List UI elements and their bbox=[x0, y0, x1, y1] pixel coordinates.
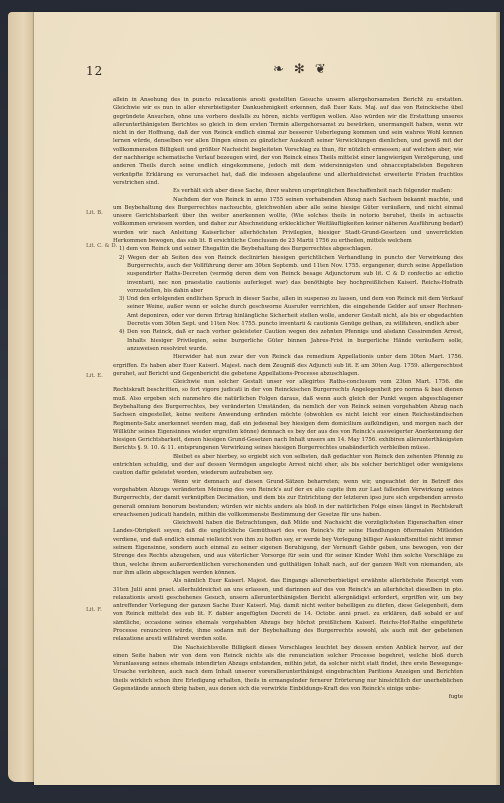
paragraph: Gleichwie nun solcher Gestalt unser vor … bbox=[113, 378, 463, 453]
margin-note-lit-b: Lit. B. bbox=[86, 210, 103, 216]
margin-note-lit-e: Lit. E. bbox=[86, 373, 103, 379]
body-text: allein in Ansehung des in puncto relaxat… bbox=[113, 96, 463, 702]
page-gutter bbox=[496, 12, 500, 785]
list-item: 1) dem von Reinck und seiner Ehegattin d… bbox=[113, 245, 463, 253]
paragraph: Wenn wir demnach auf diesen Grund-Sätzen… bbox=[113, 478, 463, 519]
margin-note-lit-f: Lit. F. bbox=[86, 607, 102, 613]
list-item: 4) Den von Reinck, daß er nach vorher ge… bbox=[113, 328, 463, 353]
list-item: 2) Wegen der ab Seiten des von Reinck de… bbox=[113, 254, 463, 295]
paragraph: Gleichwohl haben die Betrachtungen, daß … bbox=[113, 519, 463, 577]
paragraph: Die Nachsichtsvolle Billigkeit dieses Vo… bbox=[113, 644, 463, 694]
paragraph: allein in Ansehung des in puncto relaxat… bbox=[113, 96, 463, 187]
header-ornament: ❧ ✻ ❦ bbox=[273, 62, 326, 77]
paragraph: Nachdem der von Reinck in anno 1755 sein… bbox=[113, 196, 463, 246]
catchword: fugte bbox=[113, 693, 463, 701]
paragraph: Es verhält sich aber diese Sache, ihrer … bbox=[113, 187, 463, 195]
fleuron-center-icon: ✻ bbox=[294, 62, 305, 77]
page-header: 12 ❧ ✻ ❦ bbox=[86, 60, 444, 84]
fleuron-right-icon: ❦ bbox=[315, 62, 326, 77]
page-number: 12 bbox=[86, 64, 103, 78]
fleuron-left-icon: ❧ bbox=[273, 62, 284, 77]
paragraph: Bleibet es aber hierbey, so ergiebt sich… bbox=[113, 453, 463, 478]
book-page-edges bbox=[8, 12, 34, 782]
list-item: 3) Und den erfolgenden endlichen Spruch … bbox=[113, 295, 463, 328]
paragraph: Hierwider hat nun zwar der von Reinck da… bbox=[113, 353, 463, 378]
paragraph: Als nämlich Euer Kaiserl. Majest. das Ei… bbox=[113, 577, 463, 643]
